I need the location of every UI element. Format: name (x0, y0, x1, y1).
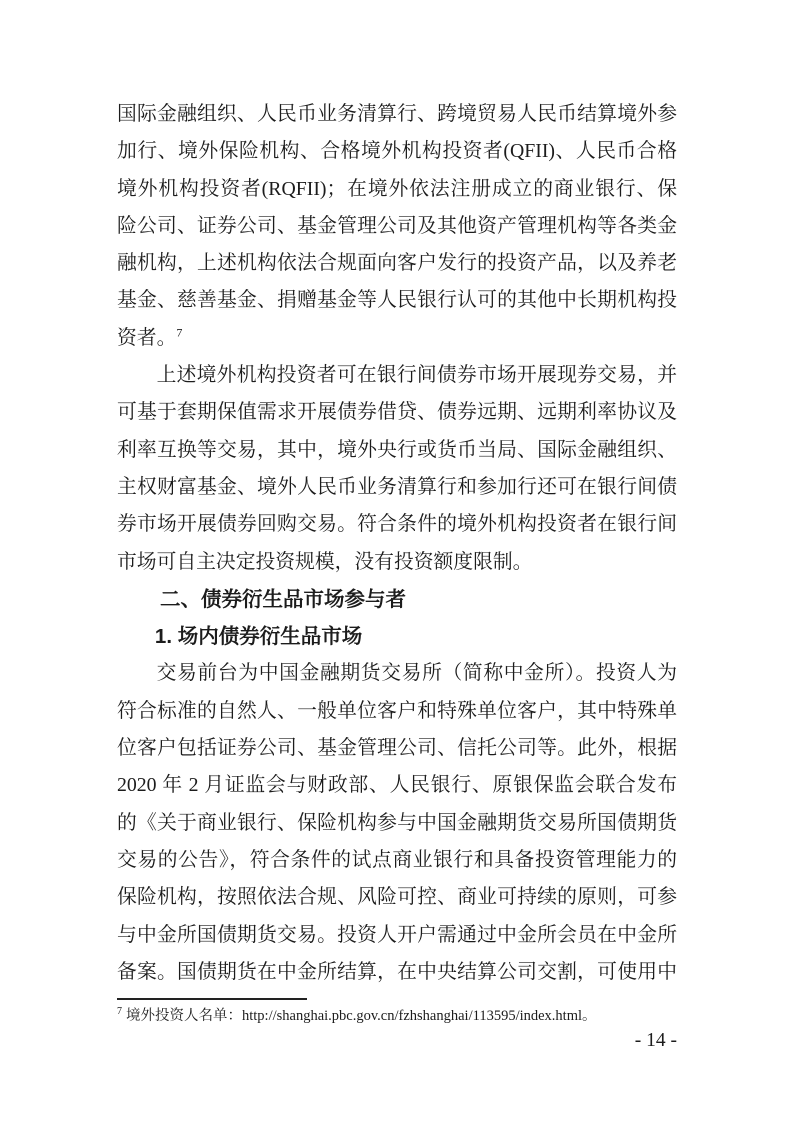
paragraph-line: 基金、慈善基金、捐赠基金等人民银行认可的其他中长期机构投 (117, 282, 677, 319)
footnote-ref: 7 (176, 325, 182, 339)
paragraph-line: 2020 年 2 月证监会与财政部、人民银行、原银保监会联合发布 (117, 767, 677, 804)
paragraph-line: 备案。国债期货在中金所结算，在中央结算公司交割，可使用中 (117, 954, 677, 991)
paragraph-line: 可基于套期保值需求开展债券借贷、债券远期、远期利率协议及 (117, 394, 677, 431)
subsection-heading: 1. 场内债券衍生品市场 (117, 618, 677, 655)
section-heading: 二、债券衍生品市场参与者 (117, 581, 677, 618)
paragraph-line: 上述境外机构投资者可在银行间债券市场开展现券交易，并 (117, 357, 677, 394)
paragraph-line: 国际金融组织、人民币业务清算行、跨境贸易人民币结算境外参 (117, 96, 677, 133)
paragraph-line: 位客户包括证券公司、基金管理公司、信托公司等。此外，根据 (117, 730, 677, 767)
footnote-marker: 7 (117, 1006, 122, 1017)
paragraph-line: 融机构，上述机构依法合规面向客户发行的投资产品，以及养老 (117, 245, 677, 282)
footnote-label: 境外投资人名单： (126, 1008, 242, 1024)
footnote-suffix: 。 (582, 1008, 597, 1024)
paragraph-line: 资者。7 (117, 320, 677, 357)
paragraph-line: 交易的公告》，符合条件的试点商业银行和具备投资管理能力的 (117, 842, 677, 879)
paragraph-line: 市场可自主决定投资规模，没有投资额度限制。 (117, 544, 677, 581)
paragraph-line: 利率互换等交易，其中，境外央行或货币当局、国际金融组织、 (117, 432, 677, 469)
paragraph-line: 险公司、证券公司、基金管理公司及其他资产管理机构等各类金 (117, 208, 677, 245)
paragraph-line: 加行、境外保险机构、合格境外机构投资者(QFII)、人民币合格 (117, 133, 677, 170)
footnote-url[interactable]: http://shanghai.pbc.gov.cn/fzhshanghai/1… (242, 1008, 582, 1024)
paragraph-line: 券市场开展债券回购交易。符合条件的境外机构投资者在银行间 (117, 506, 677, 543)
footnote-separator (117, 998, 307, 1000)
paragraph-line: 与中金所国债期货交易。投资人开户需通过中金所会员在中金所 (117, 917, 677, 954)
document-body: 国际金融组织、人民币业务清算行、跨境贸易人民币结算境外参加行、境外保险机构、合格… (117, 96, 677, 991)
document-page: 国际金融组织、人民币业务清算行、跨境贸易人民币结算境外参加行、境外保险机构、合格… (0, 0, 793, 1121)
footnote-area: 7境外投资人名单：http://shanghai.pbc.gov.cn/fzhs… (117, 998, 677, 1027)
page-number: - 14 - (635, 1030, 677, 1052)
paragraph-line: 保险机构，按照依法合规、风险可控、商业可持续的原则，可参 (117, 879, 677, 916)
paragraph-line: 的《关于商业银行、保险机构参与中国金融期货交易所国债期货 (117, 805, 677, 842)
footnote: 7境外投资人名单：http://shanghai.pbc.gov.cn/fzhs… (117, 1006, 677, 1027)
paragraph-line: 主权财富基金、境外人民币业务清算行和参加行还可在银行间债 (117, 469, 677, 506)
paragraph-line: 境外机构投资者(RQFII)；在境外依法注册成立的商业银行、保 (117, 171, 677, 208)
paragraph-line: 交易前台为中国金融期货交易所（简称中金所）。投资人为 (117, 655, 677, 692)
paragraph-line: 符合标准的自然人、一般单位客户和特殊单位客户，其中特殊单 (117, 693, 677, 730)
